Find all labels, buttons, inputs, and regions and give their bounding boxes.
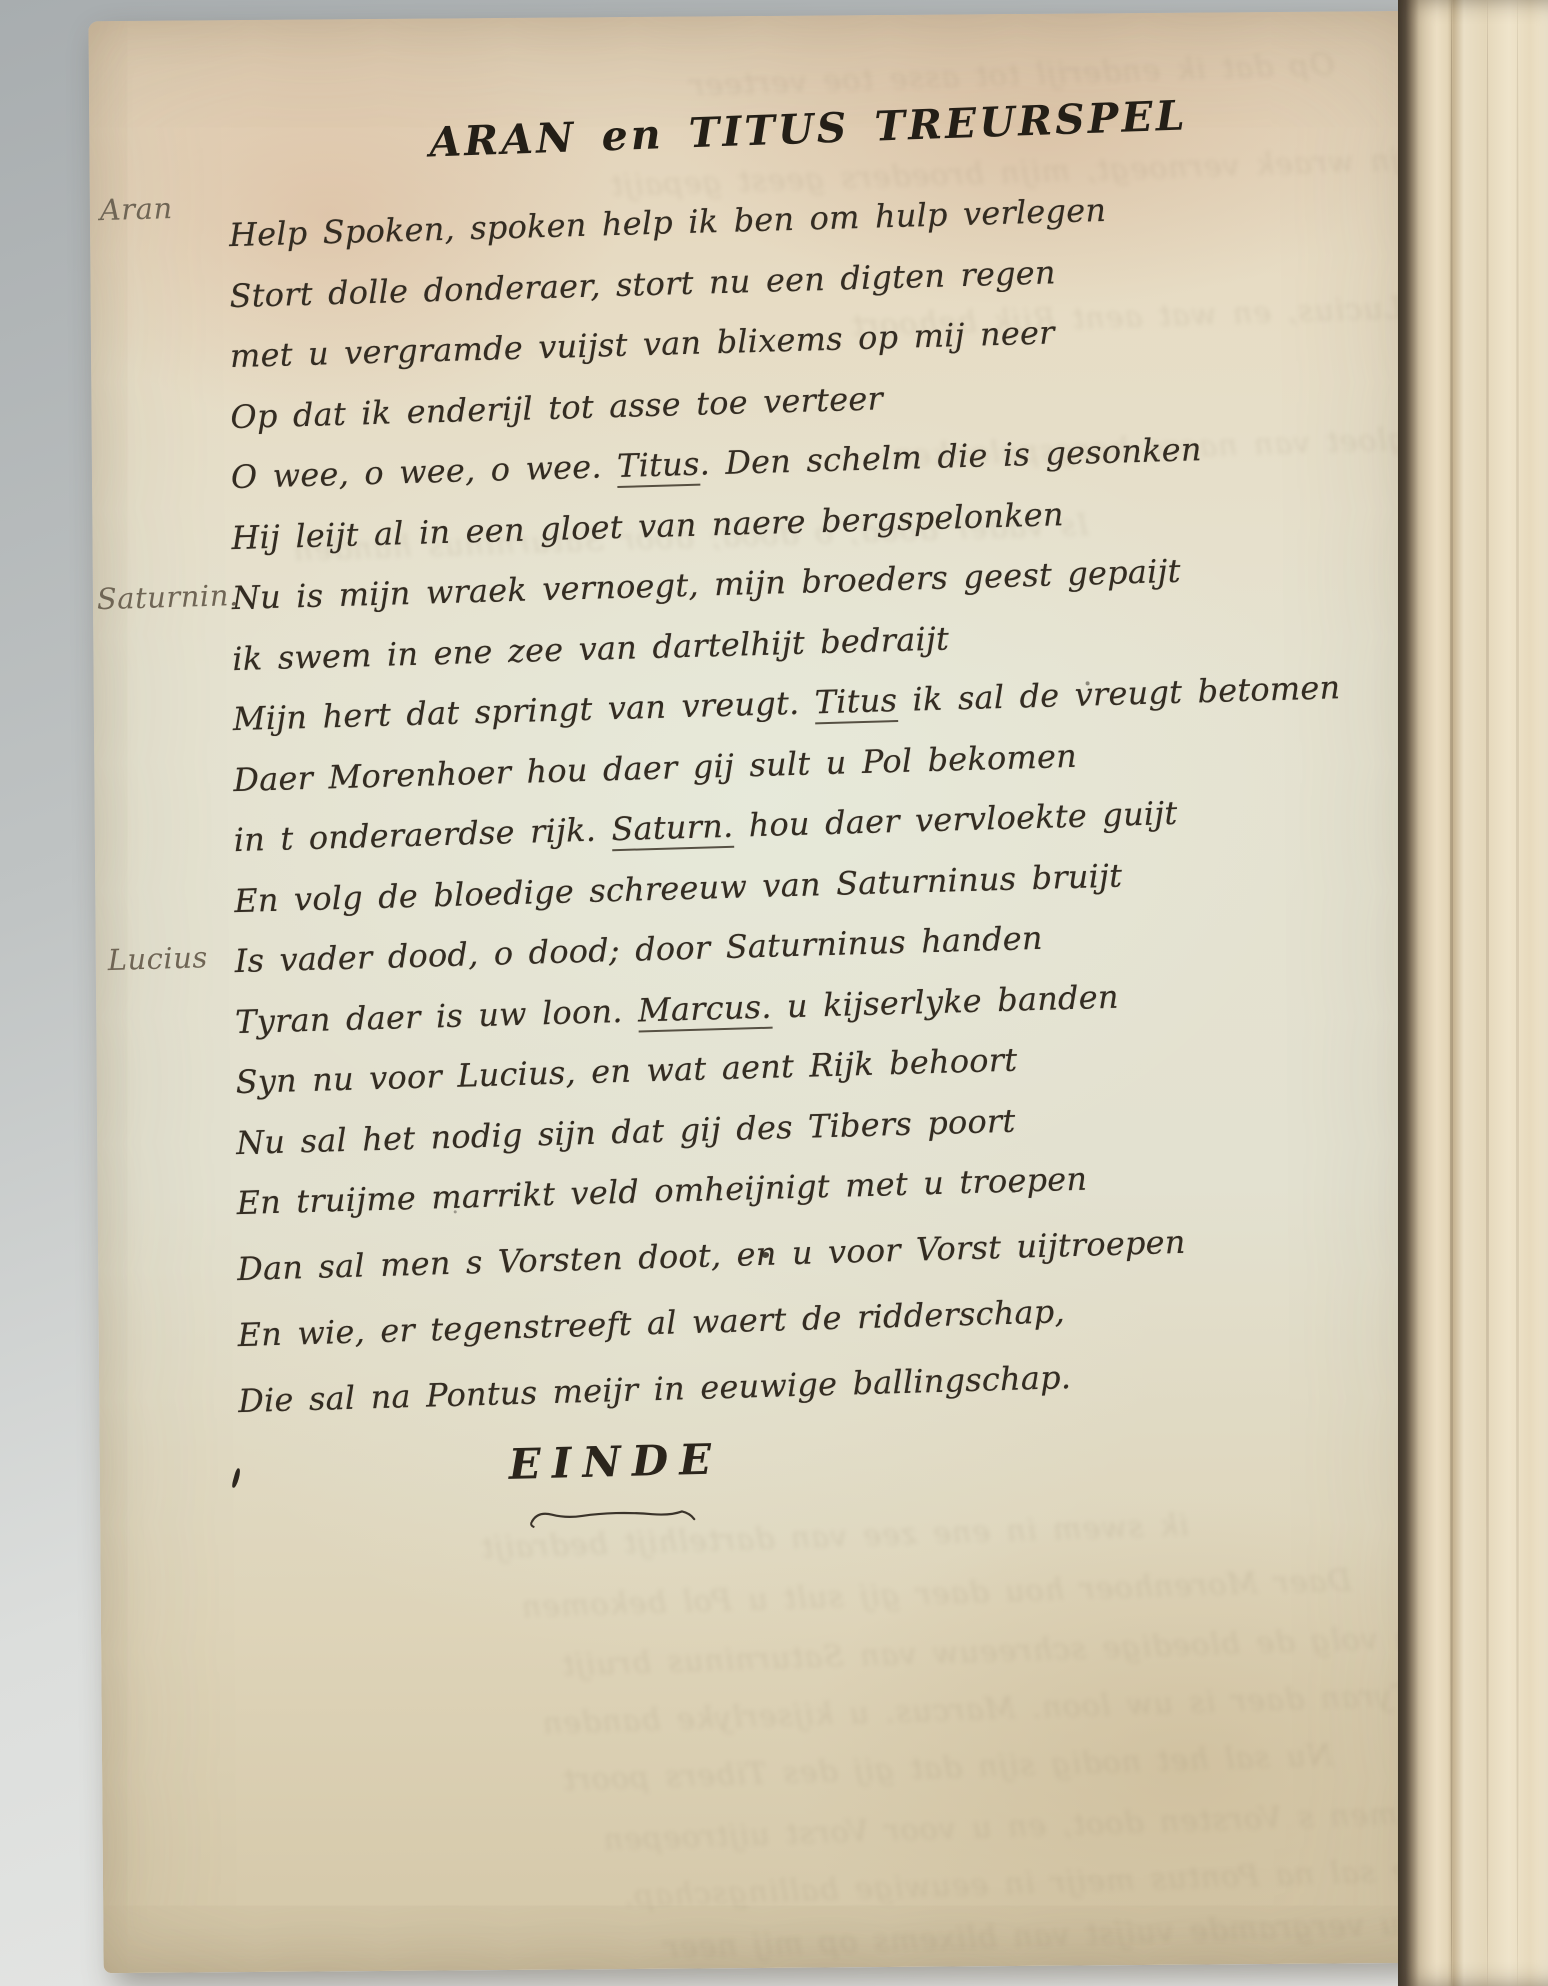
- speaker-label: Saturnin.: [96, 578, 239, 616]
- verse-line: Dan sal men s Vorsten doot, en u voor Vo…: [237, 1223, 1186, 1288]
- verse-line-segment: En volg de bloedige schreeuw van Saturni…: [234, 856, 1123, 920]
- verse-block: Help Spoken, spoken help ik ben om hulp …: [88, 11, 1412, 21]
- bleedthrough-text: En volg de bloedige schreeuw van Saturni…: [561, 1620, 1428, 1683]
- manuscript-page: Nu is mijn wraek vernoegt, mijn broeders…: [88, 11, 1427, 1973]
- verse-line: Nu sal het nodig sijn dat gij des Tibers…: [236, 1101, 1016, 1161]
- verse-line-segment: Mijn hert dat springt van vreugt.: [232, 683, 815, 738]
- verse-line-segment: met u vergramde vuijst van blixems op mi…: [229, 313, 1055, 375]
- bleedthrough-text: Die sal na Pontus meijr in eeuwige balli…: [623, 1853, 1428, 1915]
- page-title: ARAN en TITUS TREURSPEL: [428, 91, 1188, 166]
- verse-line: Help Spoken, spoken help ik ben om hulp …: [228, 191, 1106, 254]
- verse-line: Mijn hert dat springt van vreugt. Titus …: [232, 668, 1341, 738]
- verse-line: Is vader dood, o dood; door Saturninus h…: [234, 919, 1043, 980]
- character-name-underlined: Marcus.: [637, 987, 772, 1032]
- bleedthrough-text: Tyran daer is uw loon. Marcus. u kijserl…: [541, 1678, 1413, 1741]
- verse-line: Stort dolle donderaer, stort nu een digt…: [229, 253, 1056, 315]
- bleedthrough-text: Daer Morenhoer hou daer gij sult u Pol b…: [520, 1563, 1352, 1625]
- bleedthrough-text: Dan sal men s Vorsten doot, en u voor Vo…: [602, 1792, 1427, 1857]
- ink-spot: [1012, 1190, 1016, 1193]
- ending-word: EINDE: [508, 1434, 723, 1488]
- verse-line-segment: Nu sal het nodig sijn dat gij des Tibers…: [236, 1101, 1016, 1161]
- verse-line-segment: O wee, o wee, o wee.: [230, 447, 617, 496]
- verse-line-segment: ik sal de vreugt betomen: [897, 668, 1341, 719]
- verse-line: Syn nu voor Lucius, en wat aent Rijk beh…: [235, 1041, 1018, 1101]
- verse-line-segment: u kijserlyke banden: [771, 977, 1119, 1025]
- ink-spot: [1086, 681, 1090, 685]
- page-edge-crease: [1486, 0, 1489, 1986]
- verse-line-segment: Nu is mijn wraek vernoegt, mijn broeders…: [231, 552, 1181, 617]
- verse-line: Hij leijt al in een gloet van naere berg…: [231, 495, 1064, 557]
- bleedthrough-layer: Nu is mijn wraek vernoegt, mijn broeders…: [88, 11, 1412, 21]
- verse-line: ik swem in ene zee van dartelhijt bedrai…: [232, 619, 950, 678]
- ink-spot: [762, 1252, 769, 1258]
- verse-line-segment: Op dat ik enderijl tot asse toe verteer: [230, 379, 884, 436]
- verse-line: Nu is mijn wraek vernoegt, mijn broeders…: [231, 552, 1181, 617]
- verse-line-segment: Is vader dood, o dood; door Saturninus h…: [234, 919, 1043, 980]
- verse-line: En wie, er tegenstreeft al waert de ridd…: [237, 1292, 1065, 1354]
- verse-line: En volg de bloedige schreeuw van Saturni…: [234, 856, 1123, 920]
- verse-line-segment: En truijme marrikt veld omheijnigt met u…: [236, 1160, 1088, 1222]
- verse-line-segment: in t onderaerdse rijk.: [233, 810, 612, 859]
- ink-spot: [454, 1210, 457, 1213]
- verse-line: O wee, o wee, o wee. Titus. Den schelm d…: [230, 430, 1202, 496]
- verse-line-segment: . Den schelm die is gesonken: [699, 430, 1202, 482]
- verse-line-segment: En wie, er tegenstreeft al waert de ridd…: [237, 1292, 1065, 1354]
- bleedthrough-text: Op dat ik enderijl tot asse toe verteer: [688, 48, 1335, 104]
- verse-line-segment: hou daer vervloekte guijt: [733, 794, 1178, 845]
- bleedthrough-text: met u vergramde vuijst van blixems op mi…: [663, 1904, 1428, 1965]
- verse-line-segment: Tyran daer is uw loon.: [235, 991, 639, 1041]
- speaker-label: Aran: [99, 191, 173, 227]
- page-edge-crease: [1516, 0, 1519, 1986]
- verse-line-segment: Stort dolle donderaer, stort nu een digt…: [229, 253, 1056, 315]
- verse-line-segment: Dan sal men s Vorsten doot, en u voor Vo…: [237, 1223, 1186, 1288]
- photo-background: Nu is mijn wraek vernoegt, mijn broeders…: [0, 0, 1548, 1986]
- character-name-underlined: Titus: [617, 445, 701, 488]
- character-name-underlined: Titus: [814, 681, 898, 724]
- next-page-edge: [1398, 0, 1548, 1986]
- verse-line: Daer Morenhoer hou daer gij sult u Pol b…: [233, 736, 1078, 798]
- speaker-label: Lucius: [107, 940, 208, 977]
- verse-line-segment: ik swem in ene zee van dartelhijt bedrai…: [232, 619, 950, 678]
- page-edge-crease: [1450, 0, 1453, 1986]
- verse-line-segment: Help Spoken, spoken help ik ben om hulp …: [228, 191, 1106, 254]
- verse-line: met u vergramde vuijst van blixems op mi…: [229, 313, 1055, 375]
- verse-line: Die sal na Pontus meijr in eeuwige balli…: [238, 1358, 1072, 1420]
- verse-line: En truijme marrikt veld omheijnigt met u…: [236, 1160, 1088, 1222]
- verse-line: Op dat ik enderijl tot asse toe verteer: [230, 379, 884, 436]
- flourish-underline: [528, 1501, 699, 1531]
- verse-line: in t onderaerdse rijk. Saturn. hou daer …: [233, 794, 1178, 859]
- verse-line-segment: Syn nu voor Lucius, en wat aent Rijk beh…: [235, 1041, 1018, 1101]
- verse-line-segment: Daer Morenhoer hou daer gij sult u Pol b…: [233, 736, 1078, 798]
- ink-mark: [231, 1468, 241, 1489]
- character-name-underlined: Saturn.: [611, 807, 734, 851]
- verse-line: Tyran daer is uw loon. Marcus. u kijserl…: [235, 977, 1119, 1040]
- verse-line-segment: Die sal na Pontus meijr in eeuwige balli…: [238, 1358, 1072, 1420]
- verse-line-segment: Hij leijt al in een gloet van naere berg…: [231, 495, 1064, 557]
- bleedthrough-text: Nu sal het nodig sijn dat gij des Tibers…: [562, 1738, 1334, 1798]
